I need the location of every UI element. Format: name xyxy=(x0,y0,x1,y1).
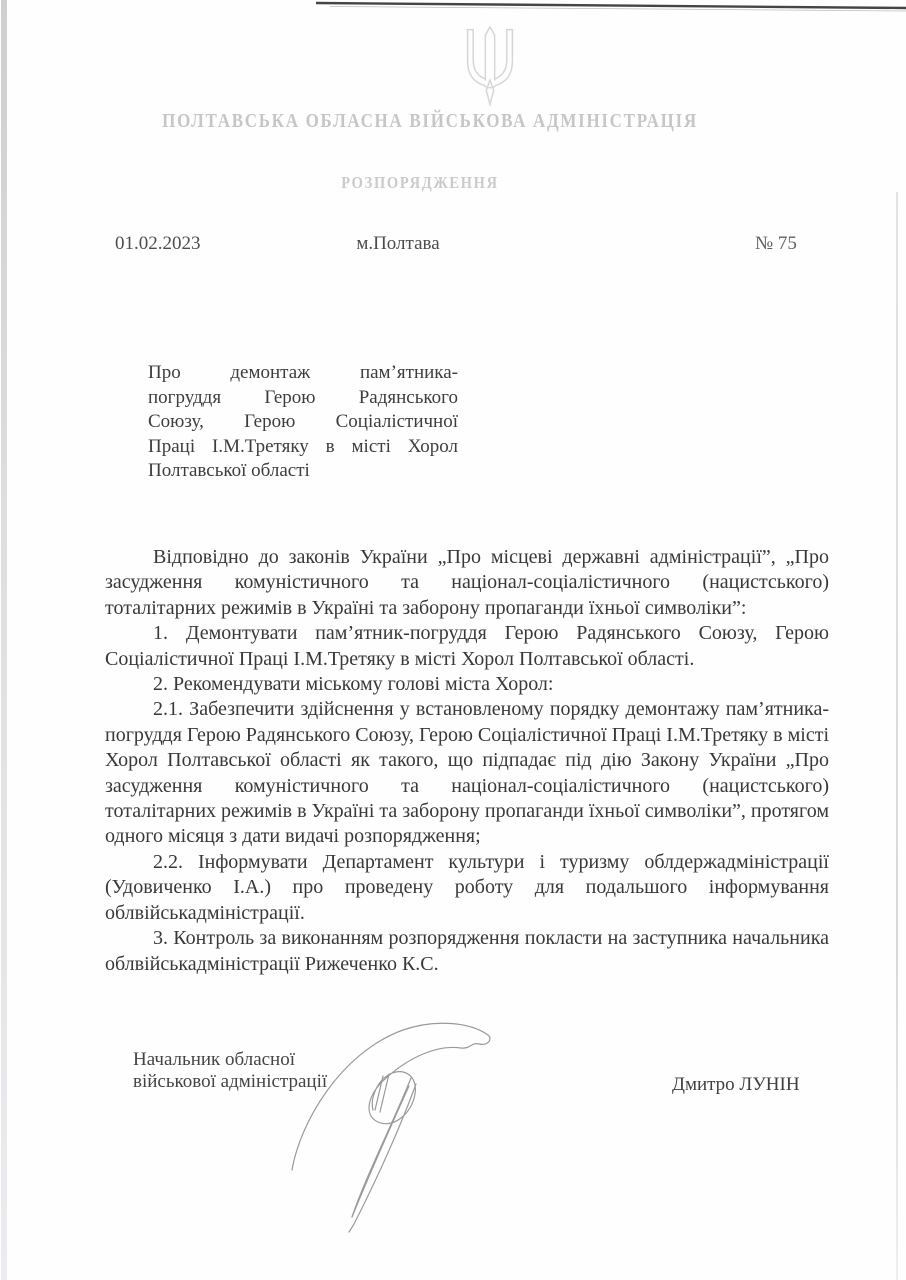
subject-line: погруддя Герою Радянського xyxy=(148,386,458,411)
body-paragraph: 1. Демонтувати пам’ятник-погруддя Герою … xyxy=(105,621,829,672)
scan-edge-left xyxy=(1,0,7,1280)
document-page: ПОЛТАВСЬКА ОБЛАСНА ВІЙСЬКОВА АДМІНІСТРАЦ… xyxy=(0,0,906,1280)
document-number: № 75 xyxy=(755,233,797,255)
subject-block: Про демонтаж пам’ятника- погруддя Герою … xyxy=(148,361,458,484)
body-paragraph: 2.1. Забезпечити здійснення у встановлен… xyxy=(105,697,829,849)
signatory-name: Дмитро ЛУНІН xyxy=(672,1074,800,1096)
organization-name: ПОЛТАВСЬКА ОБЛАСНА ВІЙСЬКОВА АДМІНІСТРАЦ… xyxy=(65,110,796,133)
body-paragraph: Відповідно до законів України „Про місце… xyxy=(105,545,829,621)
document-date: 01.02.2023 xyxy=(115,233,201,255)
subject-line: Полтавської області xyxy=(148,459,458,484)
body-paragraph: 3. Контроль за виконанням розпорядження … xyxy=(105,926,829,977)
body-paragraph: 2. Рекомендувати міському голові міста Х… xyxy=(105,672,829,697)
scan-edge-right xyxy=(896,192,898,1280)
subject-line: Союзу, Герою Соціалістичної xyxy=(148,410,458,435)
document-type-title: РОЗПОРЯДЖЕННЯ xyxy=(63,173,777,193)
scan-edge-top xyxy=(0,0,906,20)
ukraine-trident-icon xyxy=(462,24,518,108)
subject-line: Про демонтаж пам’ятника- xyxy=(148,361,458,386)
subject-line: Праці І.М.Третяку в місті Хорол xyxy=(148,435,458,460)
handwritten-signature xyxy=(285,1018,500,1233)
document-body: Відповідно до законів України „Про місце… xyxy=(105,545,829,977)
document-place: м.Полтава xyxy=(338,233,458,255)
body-paragraph: 2.2. Інформувати Департамент культури і … xyxy=(105,850,829,926)
